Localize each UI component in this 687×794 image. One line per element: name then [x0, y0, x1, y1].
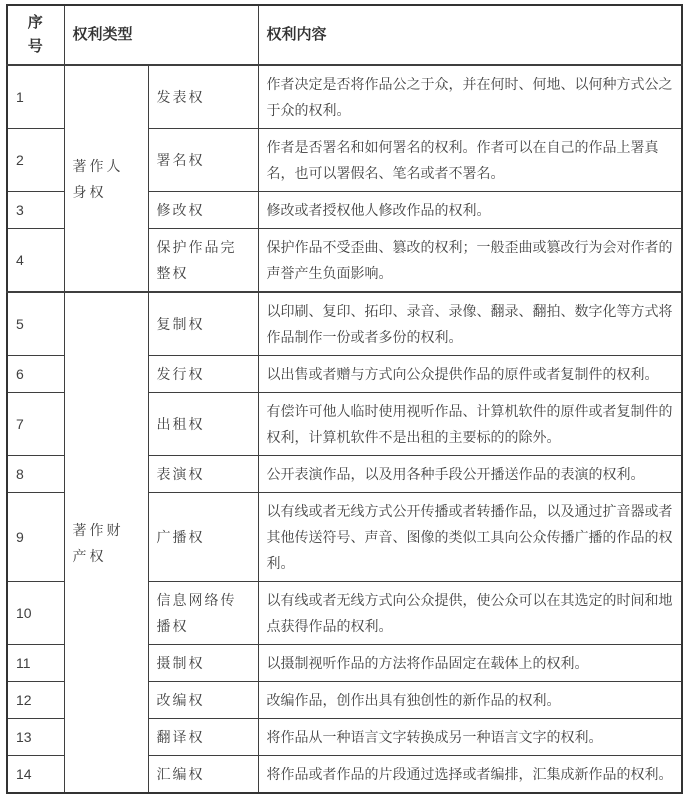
- right-name-cell: 保护作品完整权: [148, 229, 258, 293]
- content-cell: 以有线或者无线方式公开传播或者转播作品，以及通过扩音器或者其他传送符号、声音、图…: [258, 493, 682, 582]
- content-cell: 作者决定是否将作品公之于众，并在何时、何地、以何种方式公之于众的权利。: [258, 65, 682, 129]
- table-row: 5著作财产权复制权以印刷、复印、拓印、录音、录像、翻录、翻拍、数字化等方式将作品…: [7, 292, 682, 356]
- row-number-cell: 3: [7, 192, 64, 229]
- row-number-cell: 10: [7, 582, 64, 645]
- row-number-cell: 8: [7, 456, 64, 493]
- right-name-cell: 复制权: [148, 292, 258, 356]
- header-cell-content: 权利内容: [258, 5, 682, 65]
- table-header: 序号 权利类型 权利内容: [7, 5, 682, 65]
- row-number-cell: 1: [7, 65, 64, 129]
- right-name-cell: 摄制权: [148, 645, 258, 682]
- content-cell: 公开表演作品，以及用各种手段公开播送作品的表演的权利。: [258, 456, 682, 493]
- right-name-cell: 改编权: [148, 682, 258, 719]
- table-row: 1著作人身权发表权作者决定是否将作品公之于众，并在何时、何地、以何种方式公之于众…: [7, 65, 682, 129]
- right-name-cell: 表演权: [148, 456, 258, 493]
- page: 序号 权利类型 权利内容 1著作人身权发表权作者决定是否将作品公之于众，并在何时…: [0, 0, 687, 764]
- content-cell: 以印刷、复印、拓印、录音、录像、翻录、翻拍、数字化等方式将作品制作一份或者多份的…: [258, 292, 682, 356]
- content-cell: 作者是否署名和如何署名的权利。作者可以在自己的作品上署真名，也可以署假名、笔名或…: [258, 129, 682, 192]
- row-number-cell: 12: [7, 682, 64, 719]
- header-no-label: 序号: [28, 11, 44, 59]
- right-name-cell: 署名权: [148, 129, 258, 192]
- content-cell: 将作品从一种语言文字转换成另一种语言文字的权利。: [258, 719, 682, 756]
- header-cell-type: 权利类型: [64, 5, 258, 65]
- row-number-cell: 4: [7, 229, 64, 293]
- content-cell: 以有线或者无线方式向公众提供，使公众可以在其选定的时间和地点获得作品的权利。: [258, 582, 682, 645]
- content-cell: 修改或者授权他人修改作品的权利。: [258, 192, 682, 229]
- table-body: 1著作人身权发表权作者决定是否将作品公之于众，并在何时、何地、以何种方式公之于众…: [7, 65, 682, 793]
- row-number-cell: 11: [7, 645, 64, 682]
- copyright-rights-table: 序号 权利类型 权利内容 1著作人身权发表权作者决定是否将作品公之于众，并在何时…: [6, 4, 683, 794]
- header-cell-no: 序号: [7, 5, 64, 65]
- right-name-cell: 翻译权: [148, 719, 258, 756]
- right-name-cell: 修改权: [148, 192, 258, 229]
- right-name-cell: 信息网络传播权: [148, 582, 258, 645]
- content-cell: 有偿许可他人临时使用视听作品、计算机软件的原件或者复制件的权利，计算机软件不是出…: [258, 393, 682, 456]
- content-cell: 以摄制视听作品的方法将作品固定在载体上的权利。: [258, 645, 682, 682]
- row-number-cell: 13: [7, 719, 64, 756]
- right-name-cell: 出租权: [148, 393, 258, 456]
- content-cell: 将作品或者作品的片段通过选择或者编排，汇集成新作品的权利。: [258, 756, 682, 794]
- right-name-cell: 汇编权: [148, 756, 258, 794]
- right-name-cell: 广播权: [148, 493, 258, 582]
- right-name-cell: 发表权: [148, 65, 258, 129]
- content-cell: 改编作品，创作出具有独创性的新作品的权利。: [258, 682, 682, 719]
- row-number-cell: 2: [7, 129, 64, 192]
- row-number-cell: 5: [7, 292, 64, 356]
- category-cell: 著作人身权: [64, 65, 148, 292]
- category-cell: 著作财产权: [64, 292, 148, 793]
- content-cell: 保护作品不受歪曲、篡改的权利；一般歪曲或篡改行为会对作者的声誉产生负面影响。: [258, 229, 682, 293]
- row-number-cell: 6: [7, 356, 64, 393]
- row-number-cell: 9: [7, 493, 64, 582]
- content-cell: 以出售或者赠与方式向公众提供作品的原件或者复制件的权利。: [258, 356, 682, 393]
- right-name-cell: 发行权: [148, 356, 258, 393]
- row-number-cell: 14: [7, 756, 64, 794]
- row-number-cell: 7: [7, 393, 64, 456]
- header-row: 序号 权利类型 权利内容: [7, 5, 682, 65]
